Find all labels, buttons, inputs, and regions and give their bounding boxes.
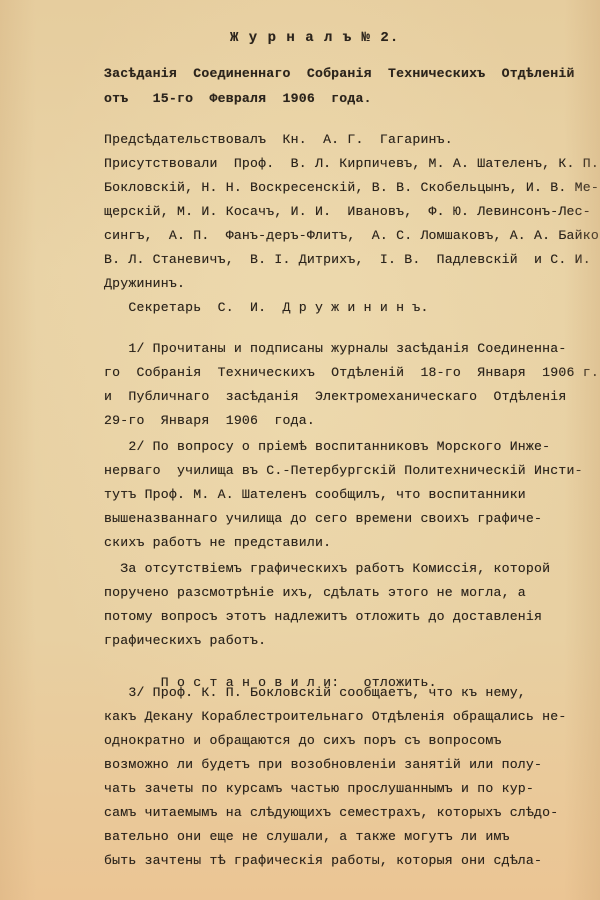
- attendees-line: В. Л. Станевичъ, В. І. Дитрихъ, І. В. Па…: [104, 252, 591, 268]
- attendees-line: Дружининъ.: [104, 276, 185, 292]
- item-2-line: потому вопросъ этотъ надлежитъ отложить …: [104, 609, 542, 625]
- item-2-line: скихъ работъ не представили.: [104, 535, 331, 551]
- attendees-line: Присутствовали Проф. В. Л. Кирпичевъ, М.…: [104, 156, 599, 172]
- item-2-line: графическихъ работъ.: [104, 633, 266, 649]
- item-1-line: го Собранія Техническихъ Отдѣленій 18-го…: [104, 365, 599, 381]
- item-3-line: быть зачтены тѣ графическія работы, кото…: [104, 853, 542, 869]
- document-page: Ж у р н а л ъ № 2. Засѣданія Соединеннаг…: [0, 0, 600, 900]
- item-2-line: 2/ По вопросу о пріемѣ воспитанниковъ Мо…: [104, 439, 550, 455]
- item-3-line: однократно и обращаются до сихъ поръ съ …: [104, 733, 502, 749]
- journal-title: Ж у р н а л ъ № 2.: [230, 30, 399, 46]
- secretary-line: Секретарь С. И. Д р у ж и н и н ъ.: [104, 300, 429, 316]
- session-date: отъ 15-го Февраля 1906 года.: [104, 91, 372, 107]
- item-3-line: чать зачеты по курсамъ частью прослушанн…: [104, 781, 534, 797]
- item-1-line: и Публичнаго засѣданія Электромеханическ…: [104, 389, 567, 405]
- item-2-line: тутъ Проф. М. А. Шателенъ сообщилъ, что …: [104, 487, 526, 503]
- item-3-line: 3/ Проф. К. П. Бокловскій сообщаетъ, что…: [104, 685, 526, 701]
- item-1-line: 1/ Прочитаны и подписаны журналы засѣдан…: [104, 341, 567, 357]
- item-3-line: возможно ли будетъ при возобновленіи зан…: [104, 757, 542, 773]
- item-3-line: какъ Декану Кораблестроительнаго Отдѣлен…: [104, 709, 567, 725]
- item-2-line: нерваго училища въ С.-Петербургскій Поли…: [104, 463, 583, 479]
- attendees-line: Бокловскій, Н. Н. Воскресенскій, В. В. С…: [104, 180, 599, 196]
- item-1-line: 29-го Января 1906 года.: [104, 413, 315, 429]
- chairman-line: Предсѣдательствовалъ Кн. А. Г. Гагаринъ.: [104, 132, 453, 148]
- item-3-line: самъ читаемымъ на слѣдующихъ семестрахъ,…: [104, 805, 558, 821]
- item-2-line: вышеназваннаго училища до сего времени с…: [104, 511, 542, 527]
- item-2-line: За отсутствіемъ графическихъ работъ Коми…: [104, 561, 550, 577]
- attendees-line: щерскій, М. И. Косачъ, И. И. Ивановъ, Ф.…: [104, 204, 591, 220]
- session-heading: Засѣданія Соединеннаго Собранія Техничес…: [104, 66, 575, 82]
- item-2-line: поручено разсмотрѣніе ихъ, сдѣлать этого…: [104, 585, 526, 601]
- attendees-line: сингъ, А. П. Фанъ-деръ-Флитъ, А. С. Ломш…: [104, 228, 600, 244]
- item-3-line: вательно они еще не слушали, а также мог…: [104, 829, 510, 845]
